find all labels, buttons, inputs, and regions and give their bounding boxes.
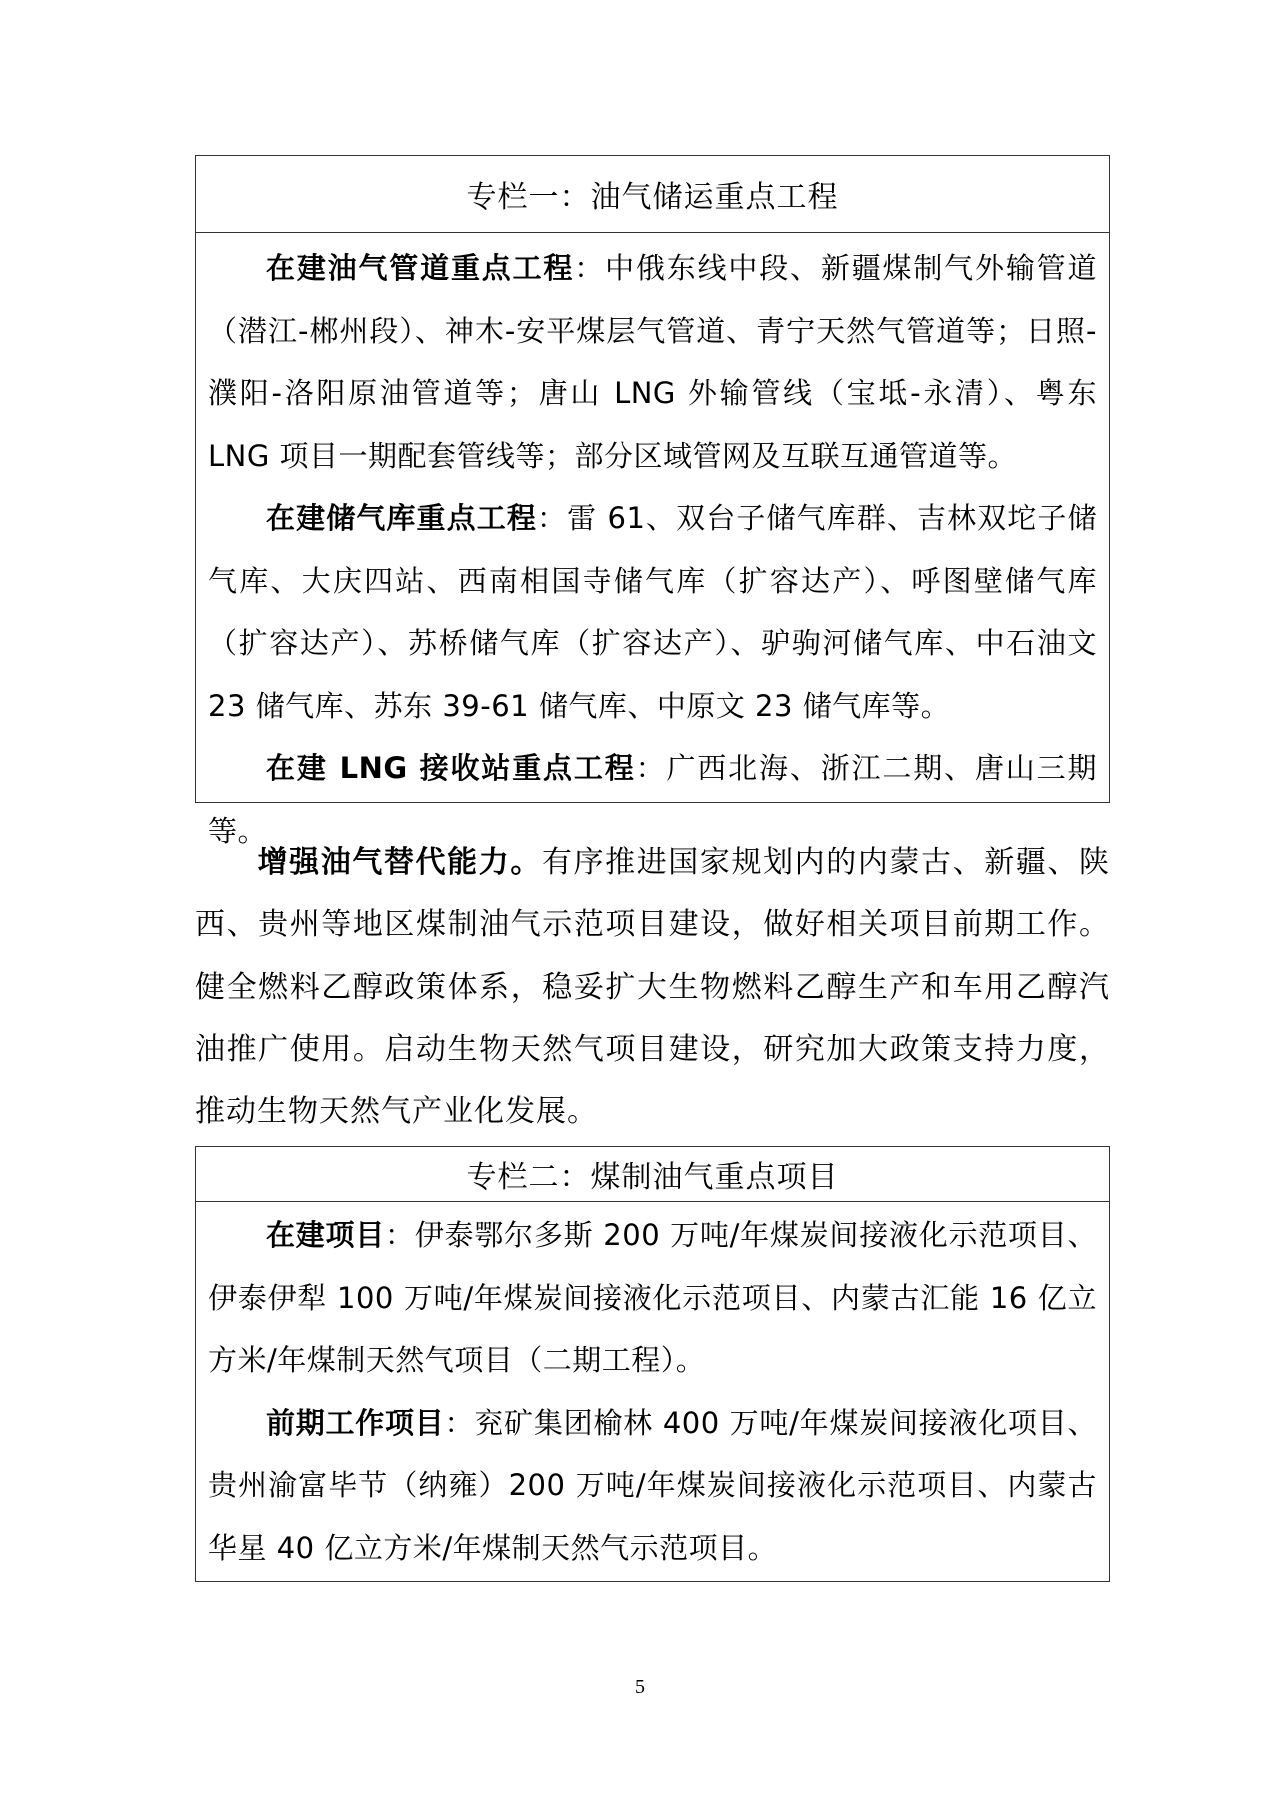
section-heading: 在建项目: [266, 1218, 385, 1252]
section-heading: 在建储气库重点工程: [266, 501, 537, 535]
section-gas-storage: 在建储气库重点工程：雷 61、双台子储气库群、吉林双坨子储气库、大庆四站、西南相…: [208, 487, 1097, 737]
section-pipelines: 在建油气管道重点工程：中俄东线中段、新疆煤制气外输管道（潜江-郴州段）、神木-安…: [208, 237, 1097, 487]
body-paragraph-substitution: 增强油气替代能力。有序推进国家规划内的内蒙古、新疆、陕西、贵州等地区煤制油气示范…: [195, 832, 1110, 1143]
section-heading: 在建油气管道重点工程: [266, 251, 574, 285]
column-box-title: 专栏二：煤制油气重点项目: [196, 1147, 1109, 1202]
column-box-coal-to-oil-gas: 专栏二：煤制油气重点项目 在建项目：伊泰鄂尔多斯 200 万吨/年煤炭间接液化示…: [195, 1146, 1110, 1582]
column-box-title: 专栏一：油气储运重点工程: [196, 156, 1109, 233]
column-box-body: 在建项目：伊泰鄂尔多斯 200 万吨/年煤炭间接液化示范项目、伊泰伊犁 100 …: [196, 1202, 1109, 1579]
page-number: 5: [0, 1676, 1280, 1699]
section-preliminary-work: 前期工作项目：兖矿集团榆林 400 万吨/年煤炭间接液化项目、贵州渝富毕节（纳雍…: [208, 1392, 1097, 1580]
paragraph-heading: 增强油气替代能力。: [257, 845, 542, 880]
column-box-oil-gas-storage: 专栏一：油气储运重点工程 在建油气管道重点工程：中俄东线中段、新疆煤制气外输管道…: [195, 155, 1110, 803]
column-box-body: 在建油气管道重点工程：中俄东线中段、新疆煤制气外输管道（潜江-郴州段）、神木-安…: [196, 233, 1109, 862]
section-under-construction: 在建项目：伊泰鄂尔多斯 200 万吨/年煤炭间接液化示范项目、伊泰伊犁 100 …: [208, 1204, 1097, 1392]
section-heading: 在建 LNG 接收站重点工程: [266, 751, 636, 785]
section-heading: 前期工作项目: [266, 1406, 445, 1440]
paragraph-text: 有序推进国家规划内的内蒙古、新疆、陕西、贵州等地区煤制油气示范项目建设，做好相关…: [195, 845, 1110, 1129]
